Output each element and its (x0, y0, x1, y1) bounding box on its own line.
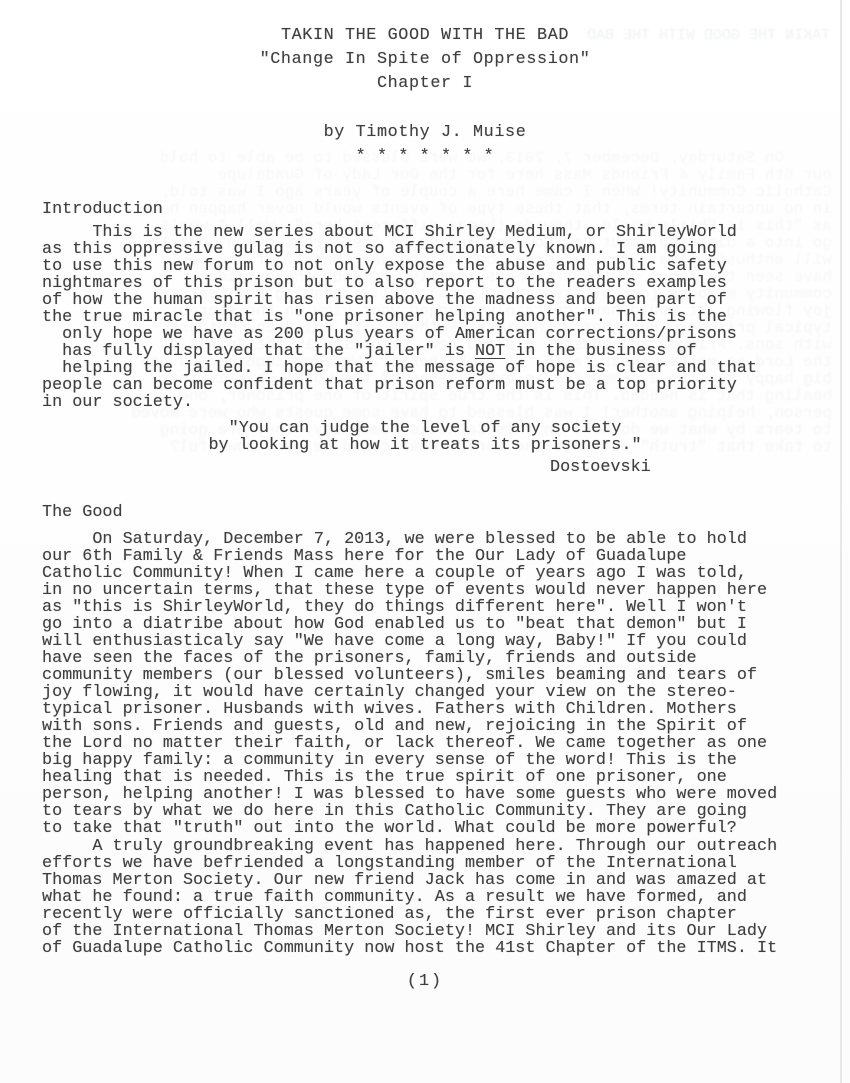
asterisk-divider: * * * * * * * (0, 145, 850, 169)
title-block: TAKIN THE GOOD WITH THE BAD"Change In Sp… (0, 24, 850, 96)
byline: by Timothy J. Muise (0, 121, 850, 145)
page-number: (1) (0, 972, 850, 991)
quote-attribution: Dostoevski (550, 458, 651, 477)
scanned-typewritten-page: TAKIN THE GOOD WITH THE BAD On Saturday,… (0, 0, 850, 1083)
quote-block: "You can judge the level of any societyb… (0, 420, 850, 454)
the-good-paragraph-1: On Saturday, December 7, 2013, we were b… (42, 531, 777, 837)
document-subtitle: "Change In Spite of Oppression" (0, 48, 850, 72)
byline-block: by Timothy J. Muise* * * * * * * (0, 121, 850, 169)
quote-line-1: "You can judge the level of any society (0, 420, 850, 437)
the-good-heading: The Good (42, 503, 123, 522)
introduction-heading: Introduction (42, 200, 163, 219)
quote-line-2: by looking at how it treats its prisoner… (0, 437, 850, 454)
chapter-label: Chapter I (0, 72, 850, 96)
document-title: TAKIN THE GOOD WITH THE BAD (0, 24, 850, 48)
introduction-text-before: This is the new series about MCI Shirley… (42, 223, 737, 361)
introduction-paragraph: This is the new series about MCI Shirley… (42, 224, 757, 411)
the-good-paragraph-2: A truly groundbreaking event has happene… (42, 838, 777, 957)
